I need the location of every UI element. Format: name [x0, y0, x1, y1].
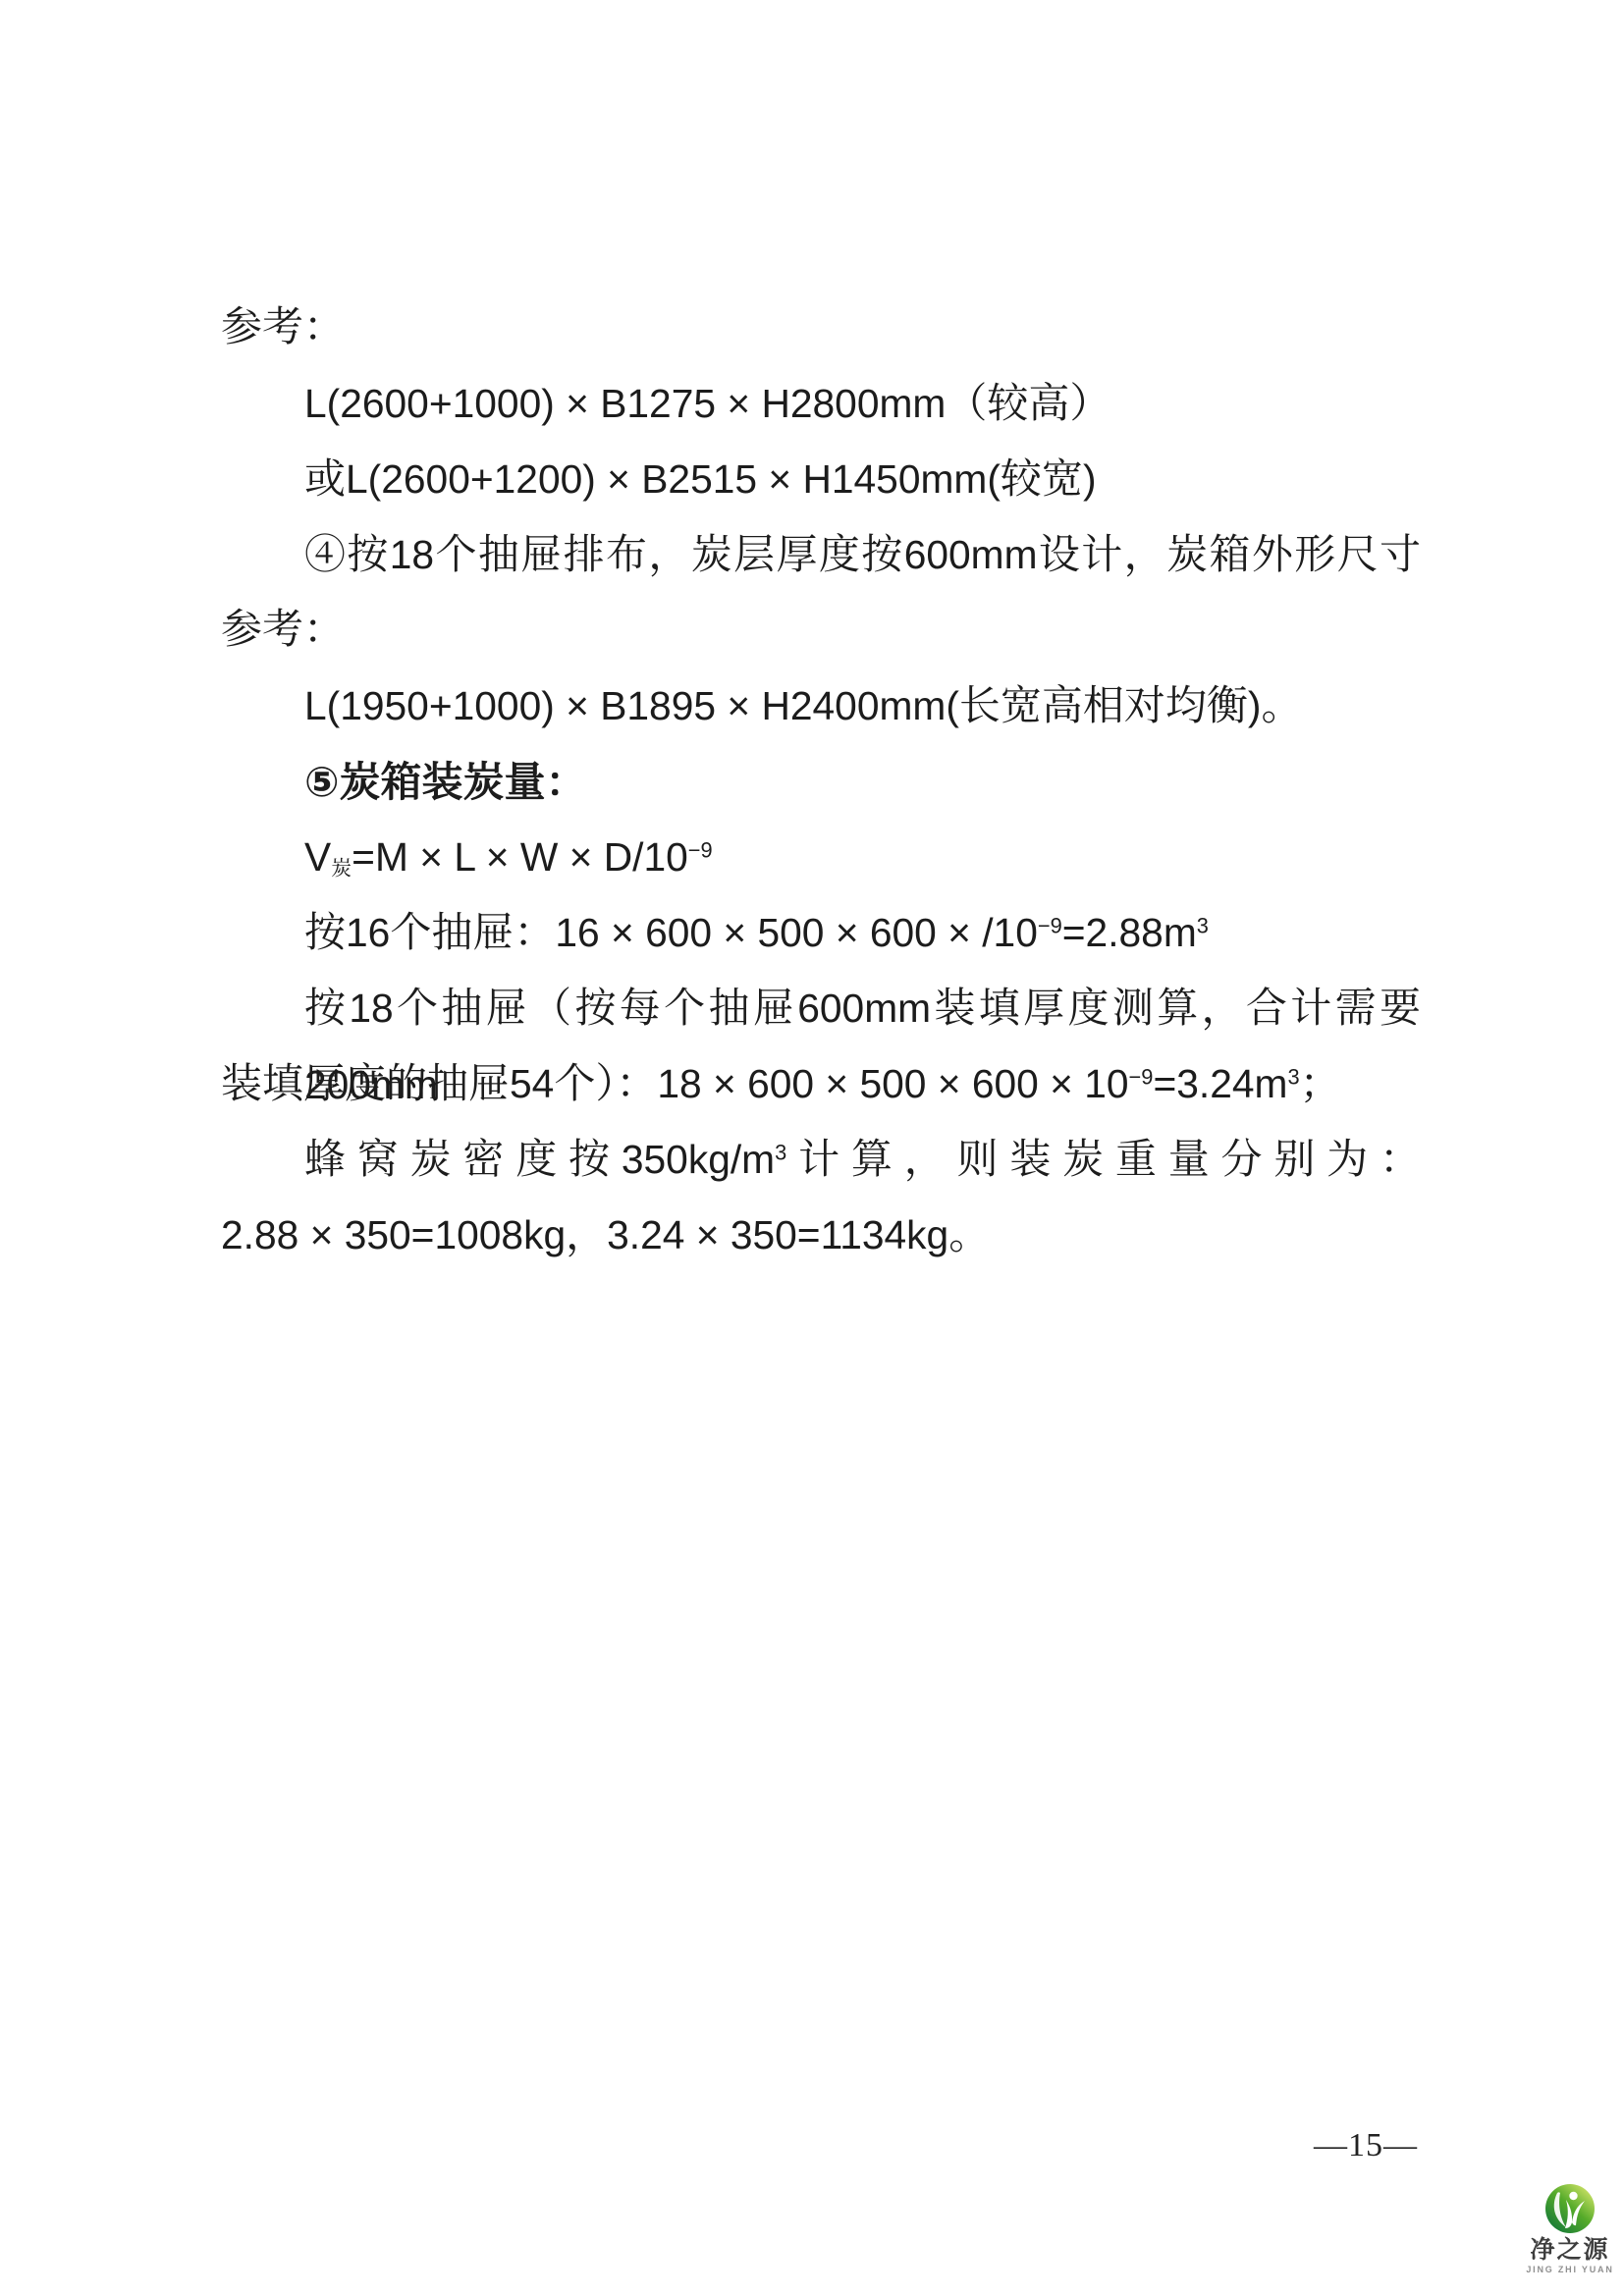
text-line: L(2600+1000) × B1275 × H2800mm（较高）	[221, 366, 1421, 442]
text-segment: 600mm	[904, 532, 1038, 577]
text-line: V炭=M × L × W × D/10−9	[221, 820, 1421, 895]
text-segment: L(2600+1000) × B1275 × H2800mm	[304, 381, 946, 426]
text-segment: ，	[566, 1213, 607, 1258]
text-line: 参考：	[221, 291, 1421, 366]
text-segment: 个）：	[554, 1062, 657, 1107]
text-segment: 18	[349, 986, 393, 1031]
text-line: 按16个抽屉：16 × 600 × 500 × 600 × /10−9=2.88…	[221, 895, 1421, 971]
text-segment: （较高）	[946, 382, 1110, 427]
text-segment: 个抽屉（按每个抽屉	[394, 987, 798, 1032]
superscript-text: −9	[688, 837, 713, 862]
text-segment: =M × L × W × D/10	[352, 834, 688, 880]
text-segment: 或	[304, 457, 346, 503]
text-segment: 较宽	[1001, 457, 1083, 503]
text-line: 或L(2600+1200) × B2515 × H1450mm(较宽)	[221, 442, 1421, 517]
text-segment: ；	[1300, 1062, 1341, 1107]
logo-title: 净之源	[1518, 2237, 1622, 2263]
text-segment: 设计，炭箱外形尺寸	[1038, 533, 1421, 578]
text-segment: 18 × 600 × 500 × 600 × 10	[657, 1061, 1128, 1106]
text-line: 按18个抽屉（按每个抽屉600mm装填厚度测算，合计需要200mm	[221, 971, 1421, 1046]
text-segment: =2.88m	[1062, 910, 1197, 955]
text-line: 参考：	[221, 593, 1421, 668]
text-segment: 个抽屉：	[390, 911, 555, 956]
text-line: ⑤炭箱装炭量：	[221, 744, 1421, 820]
text-segment: 参考：	[221, 305, 345, 350]
text-line: L(1950+1000) × B1895 × H2400mm(长宽高相对均衡)。	[221, 668, 1421, 744]
subscript-text: 炭	[331, 857, 352, 881]
text-segment: 计算，则装炭重量分别为：	[786, 1138, 1421, 1183]
leaf-person-logo-icon	[1544, 2183, 1596, 2234]
text-segment: 装填厚度的抽屉	[221, 1062, 510, 1107]
superscript-text: −9	[1129, 1064, 1154, 1089]
text-line: ④按18个抽屉排布，炭层厚度按600mm设计，炭箱外形尺寸	[221, 517, 1421, 593]
text-segment: 装填厚度测算，合计需要	[931, 987, 1421, 1032]
logo-tagline: JING ZHI YUAN	[1518, 2265, 1622, 2274]
text-segment: 3.24 × 350=1134kg	[607, 1212, 948, 1257]
text-segment: )	[1083, 456, 1097, 502]
superscript-text: 3	[1197, 913, 1209, 937]
brand-logo: 净之源 JING ZHI YUAN	[1518, 2183, 1622, 2274]
text-segment: 参考：	[221, 608, 345, 653]
superscript-text: 3	[1287, 1064, 1299, 1089]
text-segment: 蜂窝炭密度按	[304, 1138, 622, 1183]
text-segment: ⑤炭箱装炭量：	[304, 759, 587, 805]
text-segment: 16 × 600 × 500 × 600 × /10	[555, 910, 1038, 955]
text-segment: 按	[304, 987, 349, 1032]
text-segment: ④按	[304, 533, 390, 578]
superscript-text: −9	[1038, 913, 1062, 937]
superscript-text: 3	[775, 1140, 786, 1164]
text-segment: 按	[304, 911, 346, 956]
text-segment: 600mm	[797, 986, 931, 1031]
text-segment: L(2600+1200) × B2515 × H1450mm(	[346, 456, 1001, 502]
text-segment: V	[304, 834, 331, 880]
document-lines: 参考：L(2600+1000) × B1275 × H2800mm（较高）或L(…	[221, 291, 1421, 1273]
text-line: 2.88 × 350=1008kg，3.24 × 350=1134kg。	[221, 1198, 1421, 1273]
text-segment: L(1950+1000) × B1895 × H2400mm(	[304, 683, 959, 728]
text-segment: 。	[1262, 684, 1303, 729]
text-segment: =3.24m	[1153, 1061, 1287, 1106]
text-line: 蜂窝炭密度按350kg/m3计算，则装炭重量分别为：	[221, 1122, 1421, 1198]
text-segment: )	[1248, 683, 1262, 728]
text-segment: 个抽屉排布，炭层厚度按	[434, 533, 904, 578]
text-segment: 54	[510, 1061, 554, 1106]
text-segment: 2.88 × 350=1008kg	[221, 1212, 566, 1257]
text-segment: 16	[346, 910, 390, 955]
text-line: 装填厚度的抽屉54个）：18 × 600 × 500 × 600 × 10−9=…	[221, 1046, 1421, 1122]
document-page: 参考：L(2600+1000) × B1275 × H2800mm（较高）或L(…	[0, 0, 1624, 2296]
page-number: —15—	[1306, 2126, 1426, 2165]
text-segment: 350kg/m	[622, 1137, 775, 1182]
text-segment: 。	[948, 1213, 990, 1258]
text-segment: 18	[390, 532, 434, 577]
text-segment: 长宽高相对均衡	[959, 684, 1248, 729]
